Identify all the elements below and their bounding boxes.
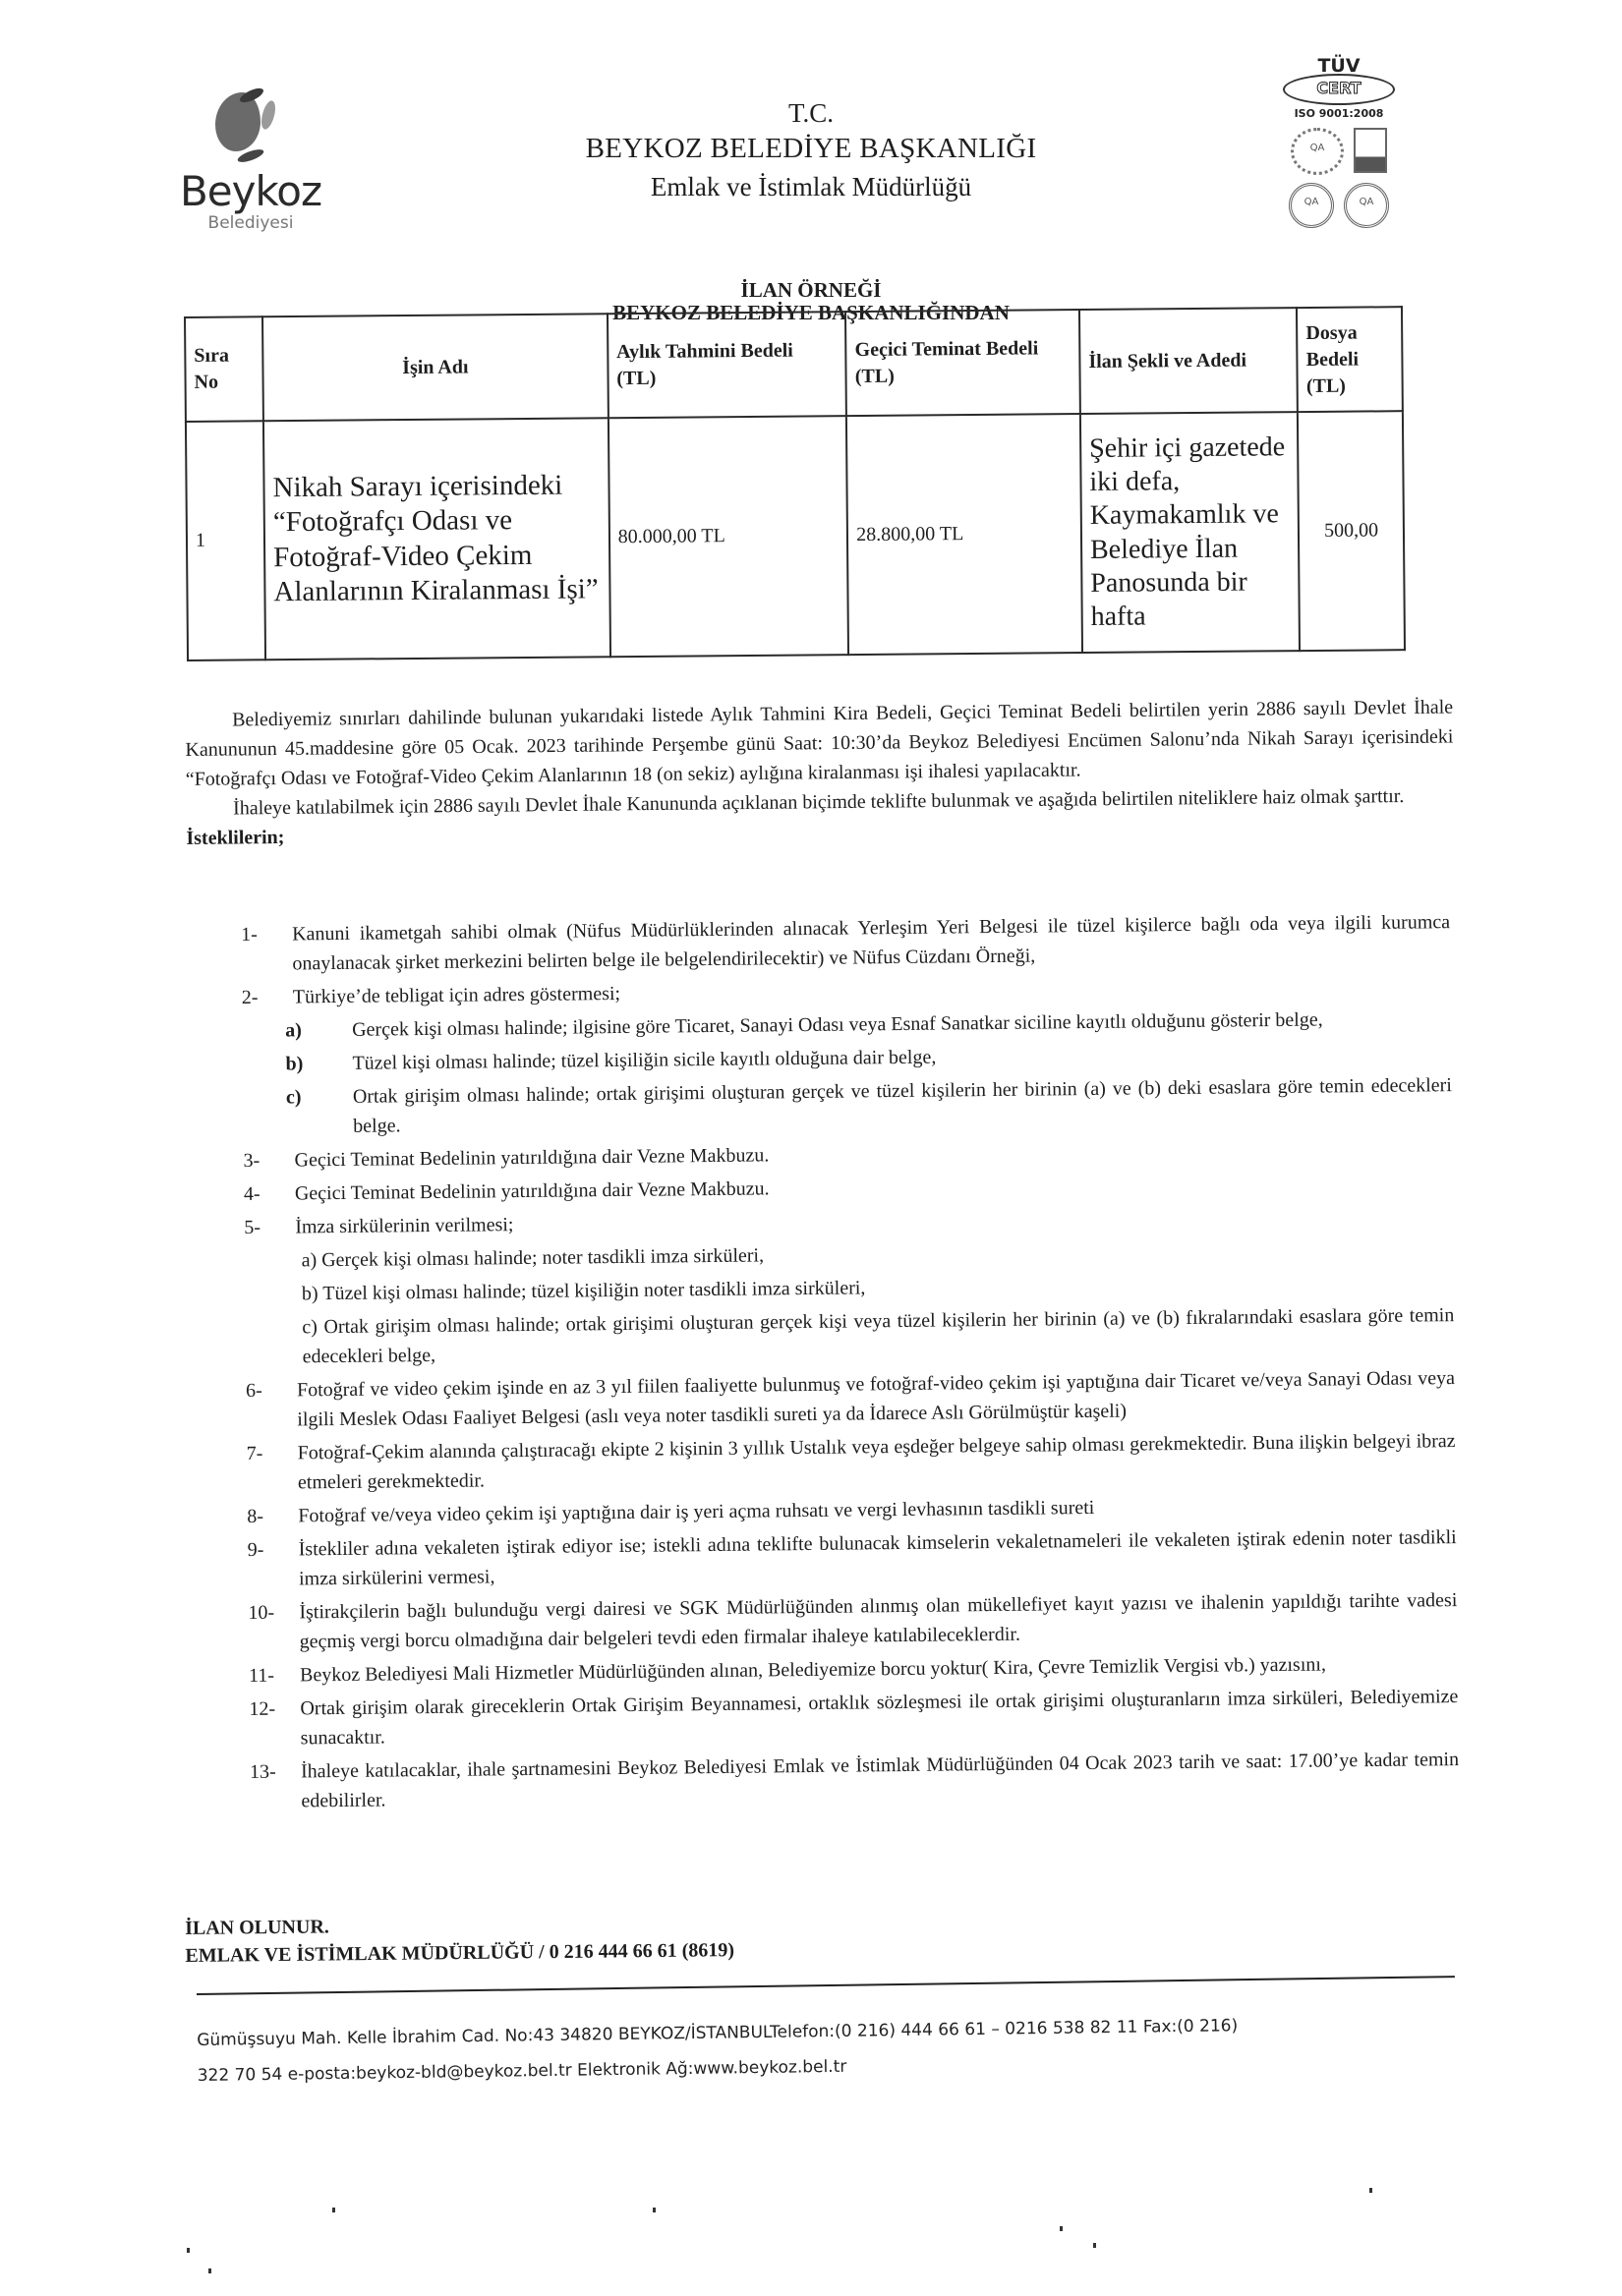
qa-seal-icon: QA [1291,128,1344,175]
table-row: 1 Nikah Sarayı içerisindeki “Fotoğrafçı … [186,411,1405,660]
header-gecici-teminat: Geçici Teminat Bedeli (TL) [845,310,1080,416]
cell-dosya-bedeli: 500,00 [1298,411,1405,651]
paragraph-tender-info: Belediyemiz sınırları dahilinde bulunan … [185,692,1454,794]
document-page: Beykoz Belediyesi T.C. BEYKOZ BELEDİYE B… [0,0,1622,2296]
scan-speck [1093,2243,1096,2248]
header-aylik-bedel: Aylık Tahmini Bedeli (TL) [608,312,846,418]
tuv-logo: TÜV [1270,57,1408,76]
list-item: 13- İhaleye katılacaklar, ihale şartname… [250,1745,1460,1816]
list-item: 7- Fotoğraf-Çekim alanında çalıştıracağı… [247,1426,1457,1498]
list-item: 1- Kanuni ikametgah sahibi olmak (Nüfus … [241,907,1451,979]
scan-speck [332,2208,335,2212]
cell-aylik-bedel: 80.000,00 TL [608,416,849,657]
qa-round-icon: QA [1289,183,1334,228]
certification-logos: TÜV CERT ISO 9001:2008 QA QA QA [1270,57,1408,228]
closing-contact: EMLAK VE İSTİMLAK MÜDÜRLÜĞÜ / 0 216 444 … [185,1936,734,1970]
qa-round-icon: QA [1344,183,1389,228]
requirements-list: 1- Kanuni ikametgah sahibi olmak (Nüfus … [241,907,1460,1820]
scan-speck [187,2248,190,2253]
header-isin-adi: İşin Adı [262,314,608,421]
list-subitem: c) Ortak girişim olması halinde; ortak g… [245,1300,1455,1372]
body-text: Belediyemiz sınırları dahilinde bulunan … [185,692,1455,853]
cell-sira: 1 [186,421,265,660]
list-item: 6- Fotoğraf ve video çekim işinde en az … [246,1363,1456,1435]
footer-address: Gümüşsuyu Mah. Kelle İbrahim Cad. No:43 … [197,2005,1476,2094]
cert-logo: CERT [1283,74,1395,105]
list-item: 9- İstekliler adına vekaleten iştirak ed… [248,1522,1458,1594]
scan-speck [653,2208,656,2212]
iso-standard: ISO 9001:2008 [1270,107,1408,120]
list-subitem: c) Ortak girişim olması halinde; ortak g… [243,1070,1453,1142]
scan-speck [1060,2226,1063,2231]
tender-table: Sıra No İşin Adı Aylık Tahmini Bedeli (T… [184,306,1406,661]
logo-subtitle: Belediyesi [167,213,334,233]
table-header-row: Sıra No İşin Adı Aylık Tahmini Bedeli (T… [185,307,1403,422]
footer-divider [197,1976,1455,1995]
cell-ilan-sekli: Şehir içi gazetede iki defa, Kaymakamlık… [1080,412,1300,653]
cell-isin-adi: Nikah Sarayı içerisindeki “Fotoğrafçı Od… [263,418,610,660]
list-item: 10- İştirakçilerin bağlı bulunduğu vergi… [248,1585,1458,1657]
header-dosya-bedeli: Dosya Bedeli (TL) [1297,307,1403,412]
announcement-title: İLAN ÖRNEĞİ [0,278,1622,303]
scan-speck [208,2268,211,2273]
header-ilan-sekli: İlan Şekli ve Adedi [1079,308,1298,414]
header-sira-no: Sıra No [185,316,263,422]
certificate-box-icon [1354,128,1387,173]
scan-speck [1369,2188,1372,2193]
closing-block: İLAN OLUNUR. EMLAK VE İSTİMLAK MÜDÜRLÜĞÜ… [185,1909,734,1970]
cell-gecici-teminat: 28.800,00 TL [846,414,1082,655]
list-item: 12- Ortak girişim olarak gireceklerin Or… [249,1682,1459,1753]
